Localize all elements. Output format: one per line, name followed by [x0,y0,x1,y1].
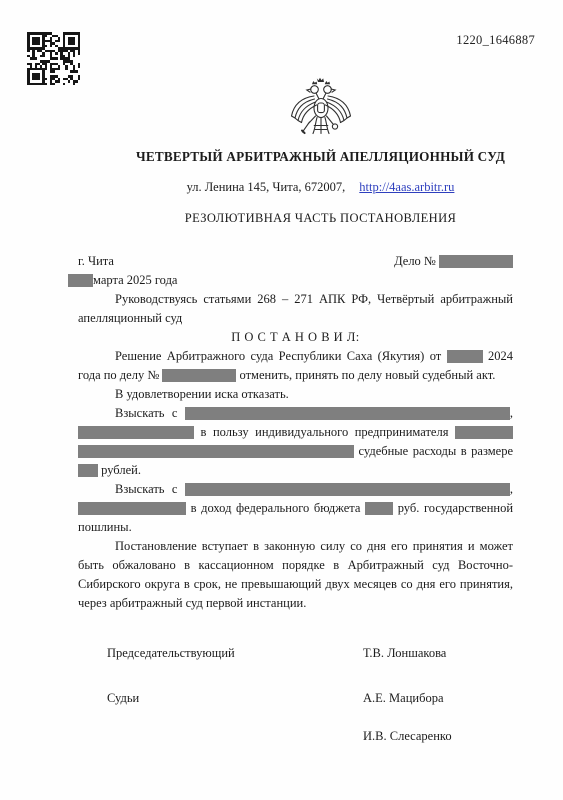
paragraph-claim-denied: В удовлетворении иска отказать. [78,385,513,404]
document-type-title: РЕЗОЛЮТИВНАЯ ЧАСТЬ ПОСТАНОВЛЕНИЯ [78,211,563,225]
text-segment: Взыскать с [115,482,177,496]
redaction-block [78,426,194,439]
text-segment: , [510,406,513,420]
presiding-judge-name: Т.В. Лоншакова [363,644,446,663]
date-text: марта 2025 года [93,273,178,287]
paragraph-recover-1: Взыскать с , в пользу индивидуального пр… [78,404,513,480]
city-case-row: г. Чита Дело № [78,252,513,271]
document-number: 1220_1646887 [456,31,535,50]
text-segment: Взыскать с [115,406,177,420]
paragraph-recover-2: Взыскать с , в доход федерального бюджет… [78,480,513,537]
redaction-block [365,502,393,515]
city-label: г. Чита [78,252,114,271]
judge-name: И.В. Слесаренко [363,727,452,746]
text-segment: , [510,482,513,496]
text-segment: Решение Арбитражного суда Республики Сах… [115,349,441,363]
court-address-line: ул. Ленина 145, Чита, 672007,http://4aas… [78,180,563,194]
redaction-block [68,274,93,287]
document-body: г. Чита Дело № марта 2025 года Руководст… [78,252,513,764]
redaction-block [78,502,186,515]
redaction-block [185,483,510,496]
paragraph-appeal-info: Постановление вступает в законную силу с… [78,537,513,613]
redaction-block [162,369,236,382]
document-page: 1220_1646887 [0,0,563,800]
signature-row-presiding: Председательствующий Т.В. Лоншакова [78,644,513,663]
redaction-block [185,407,510,420]
redaction-block [439,255,513,268]
text-segment: в доход федерального бюджета [191,501,361,515]
signature-row-judge-3: И.В. Слесаренко [78,727,513,746]
text-segment: отменить, принять по делу новый судебный… [240,368,496,382]
case-number-group: Дело № [394,252,513,271]
text-segment: рублей. [101,463,141,477]
signatures-section: Председательствующий Т.В. Лоншакова Судь… [78,644,513,764]
text-segment: в пользу индивидуального предпринимателя [201,425,449,439]
presiding-judge-label: Председательствующий [107,644,235,663]
coat-of-arms-eagle-icon [78,0,563,138]
signature-row-judge-2: Судьи А.Е. Мацибора [78,689,513,708]
date-row: марта 2025 года [78,271,513,290]
paragraph-decision: Решение Арбитражного суда Республики Сах… [78,347,513,385]
redaction-block [447,350,483,363]
redaction-block [78,445,354,458]
court-website-link[interactable]: http://4aas.arbitr.ru [359,180,454,194]
judges-label: Судьи [107,689,139,708]
court-name-title: ЧЕТВЕРТЫЙ АРБИТРАЖНЫЙ АПЕЛЛЯЦИОННЫЙ СУД [78,149,563,164]
redaction-block [455,426,513,439]
text-segment: судебные расходы в размере [358,444,513,458]
redaction-block [78,464,98,477]
judge-name: А.Е. Мацибора [363,689,444,708]
resolution-heading: П О С Т А Н О В И Л: [78,328,513,347]
intro-paragraph: Руководствуясь статьями 268 – 271 АПК РФ… [78,290,513,328]
qr-code-icon [27,32,80,85]
case-number-label: Дело № [394,254,436,268]
court-address: ул. Ленина 145, Чита, 672007, [187,180,346,194]
